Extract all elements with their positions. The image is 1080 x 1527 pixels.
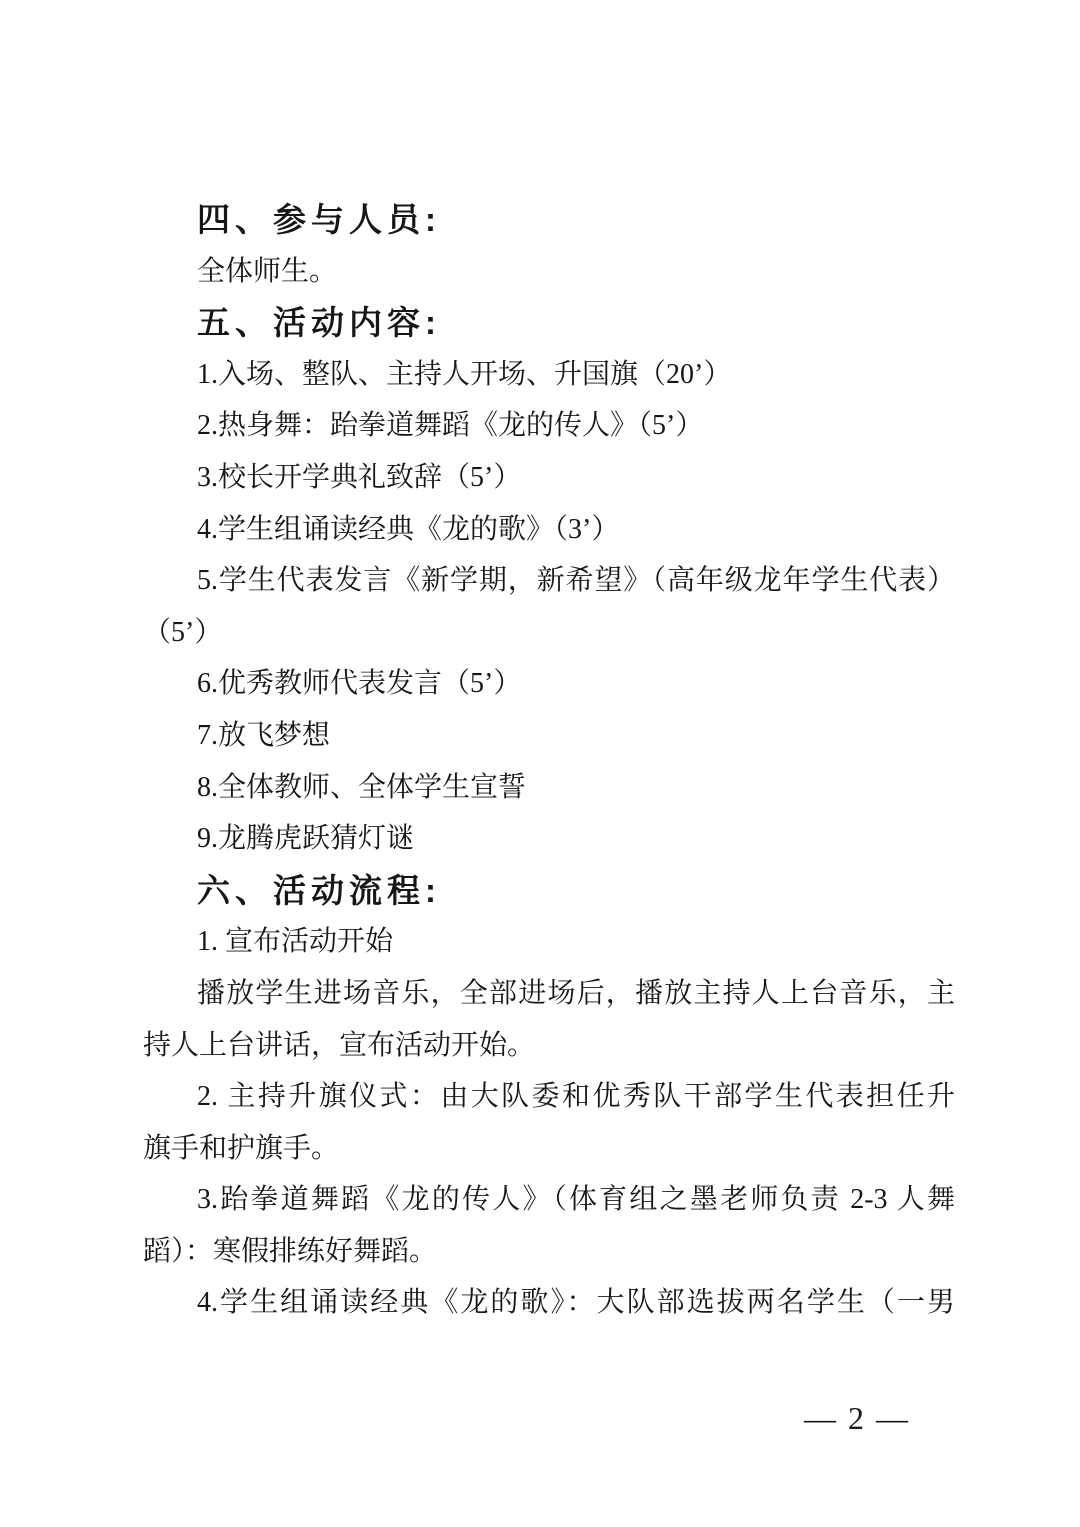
section-heading: 四、参与人员: [143,194,955,246]
text-line: 5.学生代表发言《新学期，新希望》（高年级龙年学生代表） [143,555,955,607]
text-line: 8.全体教师、全体学生宣誓 [143,762,955,814]
text-line: 播放学生进场音乐，全部进场后，播放主持人上台音乐，主 [143,968,955,1020]
text-line: 1. 宣布活动开始 [143,916,955,968]
text-line: 6.优秀教师代表发言（5’） [143,658,955,710]
text-line: 4.学生组诵读经典《龙的歌》（3’） [143,504,955,556]
text-line: 7.放飞梦想 [143,710,955,762]
text-line: 4.学生组诵读经典《龙的歌》：大队部选拔两名学生（一男 [143,1277,955,1329]
text-line: 2. 主持升旗仪式：由大队委和优秀队干部学生代表担任升 [143,1071,955,1123]
text-line: 全体师生。 [143,246,955,298]
document-page: 四、参与人员:全体师生。五、活动内容:1.入场、整队、主持人开场、升国旗（20’… [0,0,1080,1527]
text-line: 9.龙腾虎跃猜灯谜 [143,813,955,865]
text-line: （5’） [143,607,955,659]
text-line: 旗手和护旗手。 [143,1123,955,1175]
text-line: 3.校长开学典礼致辞（5’） [143,452,955,504]
section-heading: 六、活动流程: [143,865,955,917]
text-line: 持人上台讲话，宣布活动开始。 [143,1020,955,1072]
section-heading: 五、活动内容: [143,297,955,349]
page-number: — 2 — [804,1398,910,1438]
text-line: 3.跆拳道舞蹈《龙的传人》（体育组之墨老师负责 2-3 人舞 [143,1174,955,1226]
text-line: 1.入场、整队、主持人开场、升国旗（20’） [143,349,955,401]
document-body: 四、参与人员:全体师生。五、活动内容:1.入场、整队、主持人开场、升国旗（20’… [143,194,955,1329]
text-line: 蹈）：寒假排练好舞蹈。 [143,1226,955,1278]
text-line: 2.热身舞：跆拳道舞蹈《龙的传人》（5’） [143,400,955,452]
